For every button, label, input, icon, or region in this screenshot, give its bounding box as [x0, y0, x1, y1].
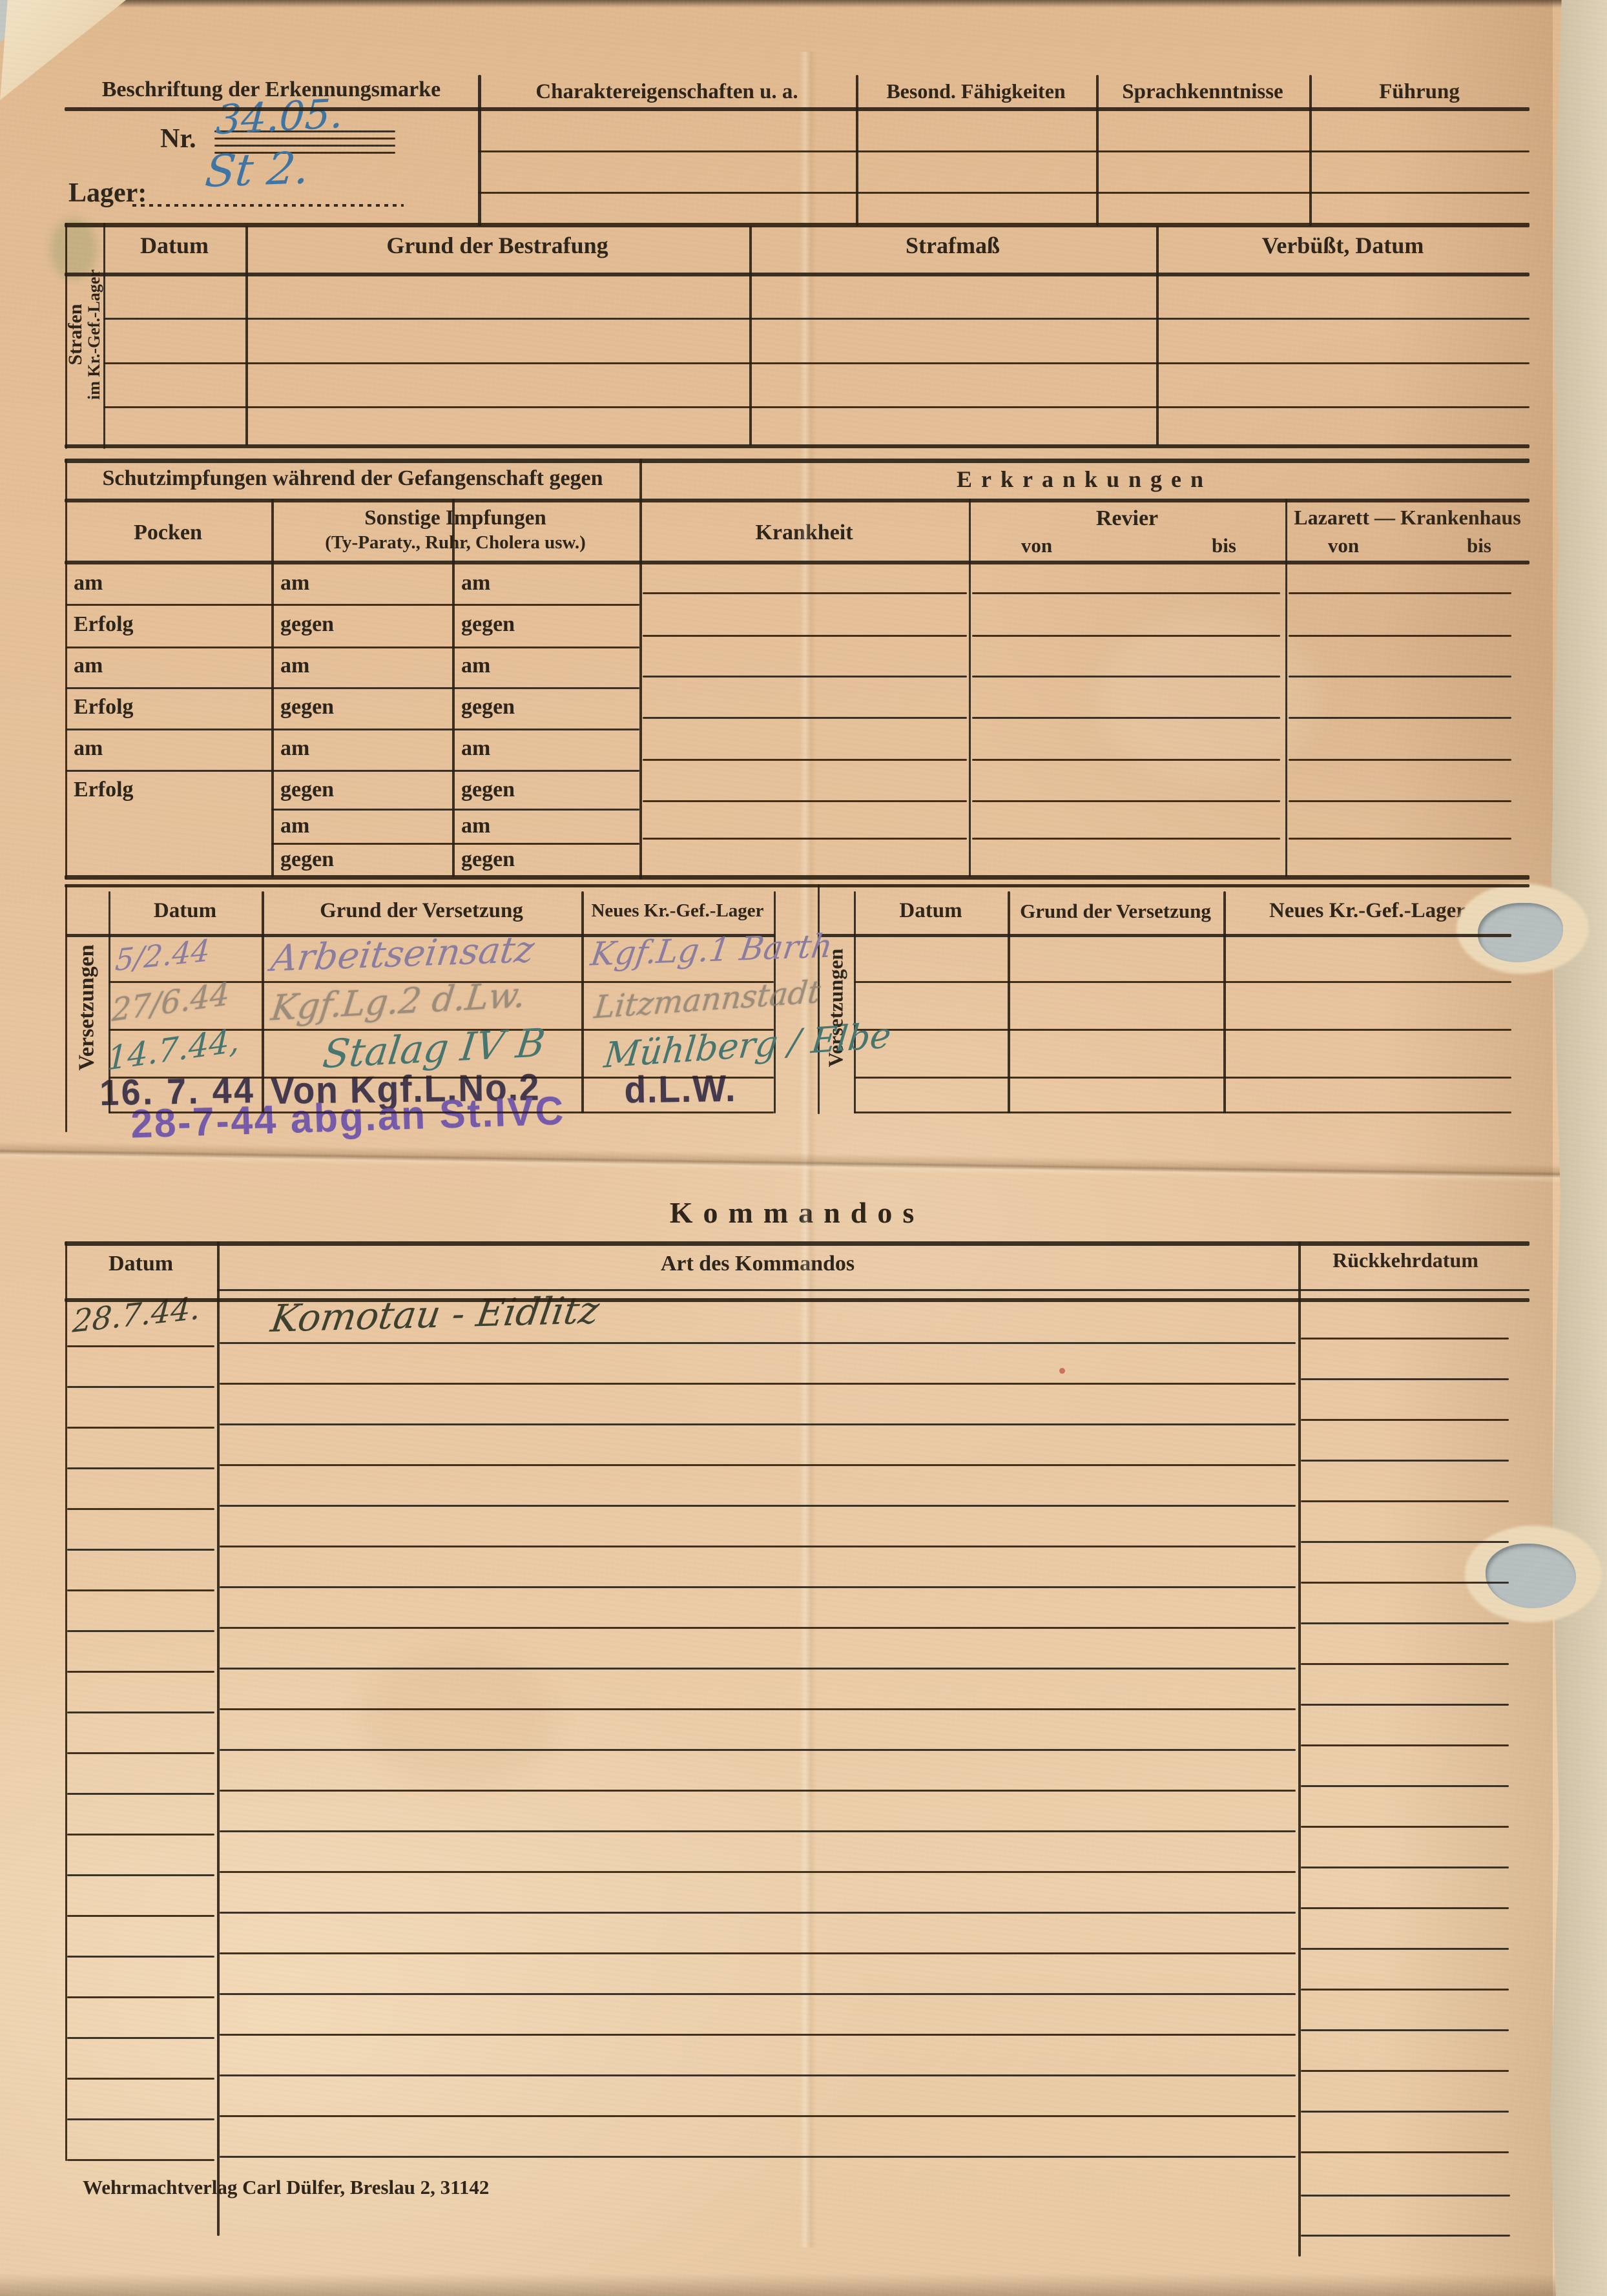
rule-line [220, 1342, 1296, 1344]
rule-line [854, 1029, 1511, 1031]
impfungen-cell-label: Erfolg [74, 695, 134, 719]
rule-line [1301, 2111, 1509, 2113]
rule-line [854, 891, 856, 1113]
impfungen-cell-label: am [280, 654, 309, 678]
rule-line [217, 1289, 1529, 1291]
rule-line [1008, 891, 1010, 1113]
rule-line [972, 759, 1280, 761]
transfer-stamp-unit: d.L.W. [624, 1070, 736, 1109]
rule-line [643, 676, 967, 677]
scanned-document-page: { "top": { "beschriftung_header": "Besch… [0, 0, 1607, 2296]
rule-line [103, 406, 1529, 408]
rule-line [67, 1386, 214, 1388]
torn-right-edge [1550, 0, 1607, 2296]
rule-line [1301, 1704, 1509, 1706]
paper-card: Beschriftung der Erkennungsmarke Charakt… [0, 0, 1607, 2296]
nr-label: Nr. [160, 124, 196, 154]
rule-line [65, 223, 67, 449]
impfungen-cell-label: gegen [461, 847, 515, 872]
revier-header: Revier [970, 506, 1284, 531]
rule-line [1301, 1989, 1509, 1991]
rule-line [818, 934, 1511, 937]
rule-line [1301, 1785, 1509, 1787]
strafen-side-label-line1: Strafen [66, 269, 85, 400]
rule-line [1301, 1419, 1509, 1421]
rule-line [1301, 1500, 1509, 1502]
lazarett-von-label: von [1305, 535, 1382, 557]
rule-line [220, 1830, 1296, 1832]
revier-von-label: von [995, 535, 1079, 557]
impfungen-cell-label: Erfolg [74, 612, 134, 637]
rule-line [262, 891, 264, 1113]
transfer-entry-reason: Stalag IV B [321, 1024, 548, 1074]
rule-line [972, 717, 1280, 719]
rule-line [220, 2074, 1296, 2076]
rule-line [220, 2115, 1296, 2117]
rule-line [67, 1793, 214, 1795]
impfungen-cell-label: am [461, 654, 490, 678]
rule-line [220, 1708, 1296, 1710]
rule-line [220, 1423, 1296, 1425]
transfer-entry-date: 27/6.44 [111, 978, 230, 1026]
rule-line [1289, 717, 1511, 719]
impfungen-cell-label: gegen [461, 612, 515, 637]
rule-line [271, 499, 274, 877]
strafen-header-grund: Grund der Bestrafung [247, 233, 748, 258]
rule-line [972, 635, 1280, 637]
rule-line [749, 226, 752, 446]
rule-line [220, 1627, 1296, 1629]
impfungen-cell-label: am [280, 736, 309, 761]
rule-line [220, 1952, 1296, 1954]
rule-line [643, 592, 967, 594]
rule-line [67, 1345, 214, 1347]
impfungen-cell-label: gegen [461, 695, 515, 719]
rule-line [1301, 1378, 1509, 1380]
rule-line [1301, 2151, 1509, 2153]
impfungen-title: Schutzimpfungen während der Gefangenscha… [68, 466, 637, 491]
rule-line [66, 770, 639, 772]
impfungen-cell-label: am [74, 654, 103, 678]
rule-line [65, 273, 1529, 276]
kommandos-header-art: Art des Kommandos [218, 1252, 1297, 1276]
rule-line [1301, 1663, 1509, 1665]
rule-line [65, 1298, 1529, 1302]
pocken-header: Pocken [65, 521, 271, 545]
rule-line [1289, 635, 1511, 637]
rule-line [67, 2118, 214, 2120]
rule-line [643, 759, 967, 761]
rule-line [1301, 1948, 1509, 1950]
rule-line [103, 318, 1529, 320]
rule-line [109, 891, 110, 1113]
rule-line [854, 1077, 1511, 1079]
sonstige-impfungen-subheader: (Ty-Paraty., Ruhr, Cholera usw.) [273, 532, 638, 553]
rule-line [1301, 1582, 1509, 1584]
rule-line [67, 1712, 214, 1713]
rule-line [66, 604, 639, 606]
top-edge-shadow [0, 0, 1607, 8]
strafen-header-datum: Datum [105, 233, 244, 258]
rule-line [1298, 1241, 1301, 2257]
rule-line [103, 362, 1529, 364]
rule-line [220, 1993, 1296, 1995]
lager-handwritten-value: St 2. [203, 147, 311, 194]
rule-line [452, 499, 455, 877]
rule-line [1289, 759, 1511, 761]
rule-line [103, 223, 105, 449]
rule-line [639, 459, 642, 880]
transfer-entry-reason: Kgf.Lg.2 d.Lw. [269, 977, 528, 1026]
rule-line [972, 592, 1280, 594]
paper-blotch [1098, 614, 1318, 781]
rule-line [65, 561, 1529, 564]
strafen-side-label: Strafen im Kr.-Gef.-Lager [66, 223, 103, 446]
rule-line [67, 1467, 214, 1469]
rule-line [66, 687, 639, 689]
rule-line [220, 1383, 1296, 1385]
versetzungen-side-label-right: Versetzungen [818, 886, 854, 1129]
strafen-side-label-line2: im Kr.-Gef.-Lager [85, 269, 103, 400]
rule-line [220, 1546, 1296, 1547]
rule-line [66, 729, 639, 730]
rule-line [1301, 2029, 1509, 2031]
rule-line [65, 884, 67, 1132]
rule-line [1301, 1867, 1509, 1868]
impfungen-cell-label: am [280, 571, 309, 595]
col-header-charakter: Charaktereigenschaften u. a. [481, 80, 853, 104]
rule-line [66, 646, 639, 648]
rule-line [67, 1589, 214, 1591]
col-header-sprachkenntnisse: Sprachkenntnisse [1098, 80, 1307, 104]
rule-line [1289, 800, 1511, 802]
red-speck [1059, 1368, 1065, 1374]
revier-bis-label: bis [1182, 535, 1266, 557]
rule-line [220, 1871, 1296, 1873]
rule-line [67, 1752, 214, 1754]
rule-line [478, 75, 481, 226]
rule-line [65, 875, 1529, 880]
versetzungen-header-datum-2: Datum [855, 899, 1006, 923]
rule-line [65, 1241, 1529, 1246]
rule-line [67, 1996, 214, 1998]
rule-line [1289, 676, 1511, 677]
rule-line [854, 981, 1511, 983]
rule-line [1301, 1338, 1509, 1339]
rule-line [972, 838, 1280, 840]
rule-line [67, 2159, 214, 2161]
rule-line [220, 1749, 1296, 1751]
rule-line [65, 1241, 67, 2161]
impfungen-cell-label: am [461, 571, 490, 595]
rule-line [854, 1112, 1511, 1113]
impfungen-cell-label: am [74, 736, 103, 761]
rule-line [220, 1790, 1296, 1792]
versetzungen-header-grund-2: Grund der Versetzung [1009, 900, 1222, 923]
rule-line [65, 459, 1529, 463]
right-page-curl-shading [1382, 0, 1553, 2296]
lager-dotted-line [132, 204, 404, 207]
versetzungen-header-grund: Grund der Versetzung [263, 899, 580, 923]
rule-line [1301, 1622, 1509, 1624]
rule-line [220, 2156, 1296, 2158]
rule-line [67, 2037, 214, 2039]
rule-line [1301, 1541, 1509, 1543]
rule-line [972, 676, 1280, 677]
col-header-besond-faehigkeiten: Besond. Fähigkeiten [859, 80, 1093, 103]
rule-line [67, 1956, 214, 1958]
rule-line [1301, 1744, 1509, 1746]
rule-line [67, 1874, 214, 1876]
bottom-edge-shadow [0, 2273, 1607, 2296]
rule-line [220, 1586, 1296, 1588]
rule-line [245, 226, 248, 446]
rule-line [1309, 75, 1312, 226]
impfungen-cell-label: gegen [280, 778, 334, 802]
rule-line [271, 843, 639, 845]
rule-line [581, 891, 584, 1113]
impfungen-cell-label: am [74, 571, 103, 595]
rule-line [67, 1671, 214, 1673]
rule-line [1223, 891, 1226, 1113]
transfer-entry-new-camp: Litzmannstadt [593, 977, 822, 1024]
rule-line [1301, 2235, 1510, 2237]
rule-line [1289, 838, 1511, 840]
impfungen-cell-label: gegen [280, 695, 334, 719]
transfer-entry-reason: Arbeitseinsatz [269, 932, 536, 978]
rule-line [65, 499, 1529, 502]
rule-line [856, 75, 858, 226]
rule-line [1289, 592, 1511, 594]
nr-handwritten-value: 34.05. [215, 94, 344, 141]
impfungen-cell-label: Erfolg [74, 778, 134, 802]
transfer-entry-date: 5/2.44 [114, 935, 211, 975]
rule-line [109, 1112, 774, 1113]
rule-line [67, 1915, 214, 1917]
rule-line [478, 150, 1529, 152]
rule-line [220, 1464, 1296, 1466]
impfungen-cell-label: am [461, 814, 490, 838]
rule-line [65, 884, 1529, 887]
rule-line [67, 1834, 214, 1836]
rule-line [1301, 2195, 1510, 2197]
rule-line [1301, 1907, 1509, 1909]
rule-line [217, 1241, 220, 2236]
rule-line [1301, 1460, 1509, 1462]
printer-imprint: Wehrmachtverlag Carl Dülfer, Breslau 2, … [83, 2177, 489, 2199]
impfungen-cell-label: gegen [280, 612, 334, 637]
rule-line [271, 809, 639, 811]
rule-line [220, 1505, 1296, 1507]
rule-line [67, 1508, 214, 1510]
rule-line [643, 800, 967, 802]
rule-line [1285, 499, 1287, 877]
rule-line [67, 2078, 214, 2080]
rule-line [67, 1630, 214, 1632]
transfer-entry-new-camp: Kgf.Lg.1 Barth [589, 929, 835, 970]
rule-line [67, 1427, 214, 1429]
impfungen-cell-label: gegen [461, 778, 515, 802]
impfungen-cell-label: am [461, 736, 490, 761]
rule-line [643, 838, 967, 840]
rule-line [67, 1549, 214, 1551]
rule-line [1301, 2070, 1509, 2072]
rule-line [220, 2034, 1296, 2036]
impfungen-cell-label: am [280, 814, 309, 838]
kommandos-title: Kommandos [65, 1196, 1529, 1230]
rule-line [643, 635, 967, 637]
rule-line [109, 1077, 774, 1079]
rule-line [1096, 75, 1099, 226]
rule-line [1156, 226, 1159, 446]
versetzungen-header-neues-lager: Neues Kr.-Gef.-Lager [583, 900, 772, 921]
impfungen-cell-label: gegen [280, 847, 334, 872]
rule-line [220, 1668, 1296, 1670]
rule-line [65, 444, 1529, 448]
rule-line [220, 1912, 1296, 1914]
rule-line [972, 800, 1280, 802]
transfer-entry-date: 14.7.44, [107, 1024, 240, 1075]
versetzungen-header-datum: Datum [110, 899, 260, 923]
kommandos-header-datum: Datum [66, 1252, 216, 1276]
rule-line [65, 459, 67, 880]
rule-line [1301, 1826, 1509, 1828]
rule-line [478, 192, 1529, 194]
rule-line [643, 717, 967, 719]
rule-line [969, 499, 971, 877]
sonstige-impfungen-header: Sonstige Impfungen [273, 506, 638, 530]
